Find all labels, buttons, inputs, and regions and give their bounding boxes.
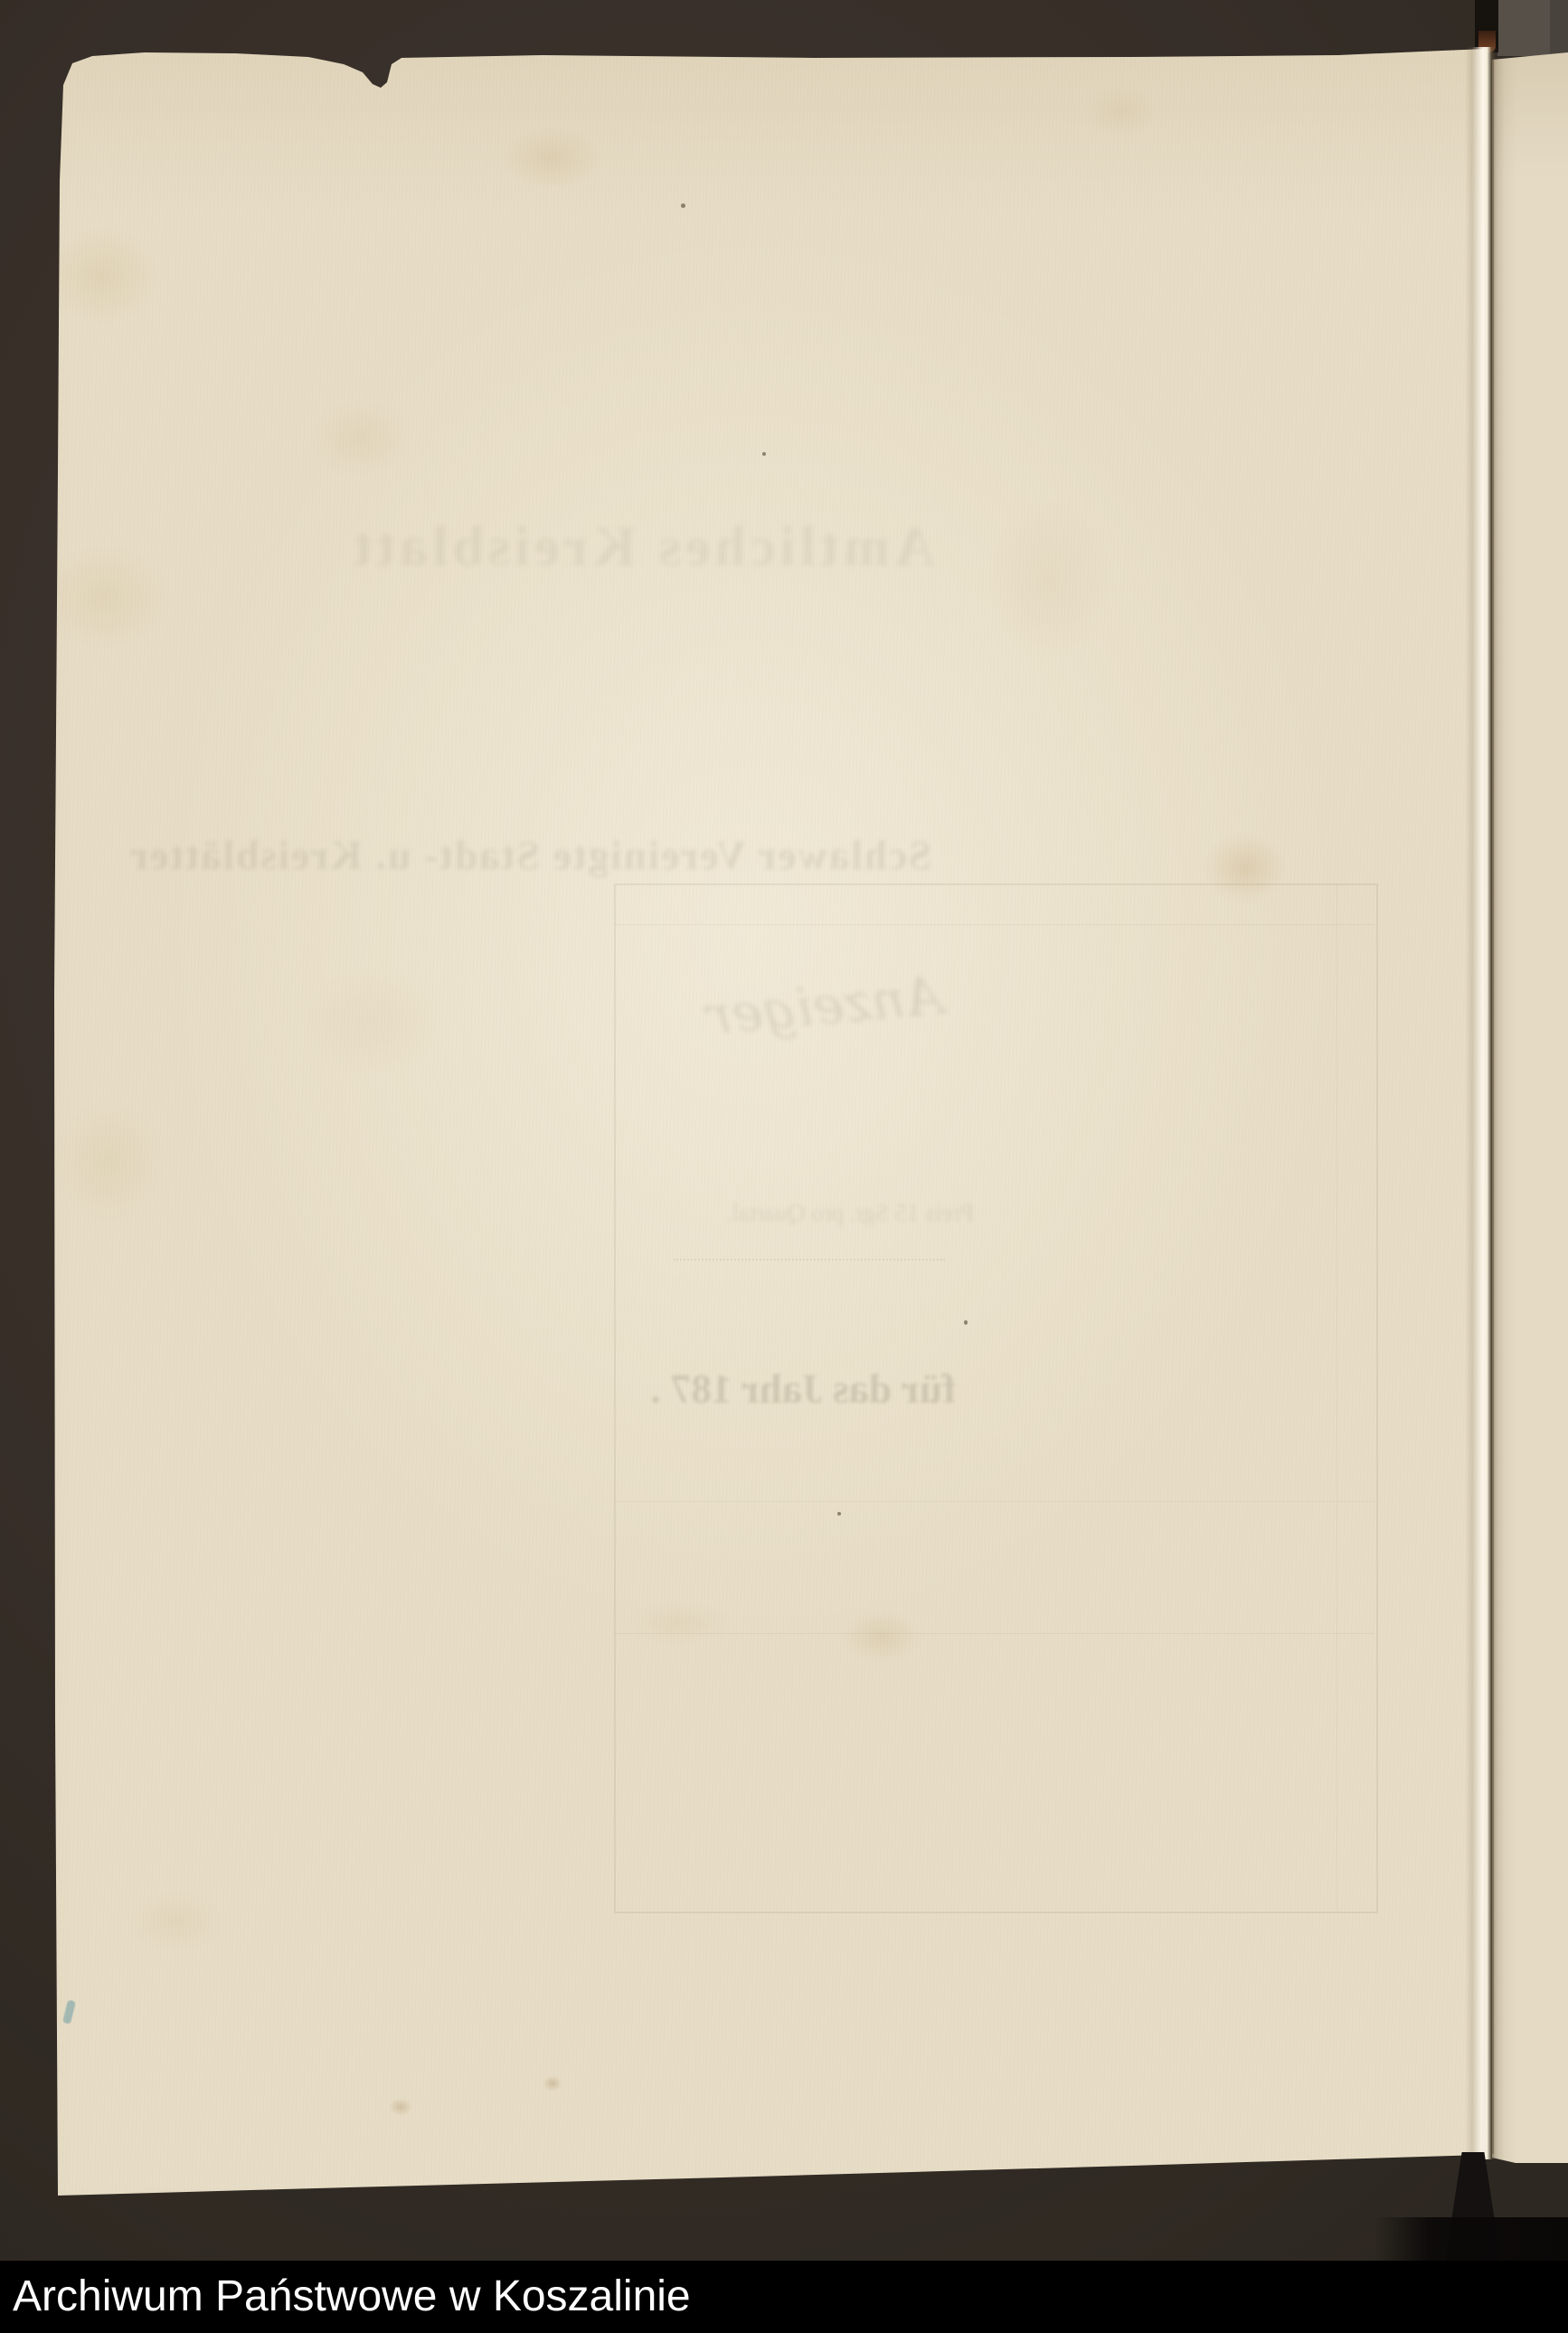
foxing-stain [986,497,1112,660]
foxing-stain [543,2075,562,2092]
paper-speck [681,203,685,208]
foxing-stain [841,1610,922,1664]
ghost-header-line: Schlawer Vereinigte Stadt- u. Kreisblätt… [217,832,931,879]
ghost-rule [614,924,1374,925]
paper-speck [837,1512,841,1516]
foxing-stain [127,1890,226,1953]
scanned-blank-page: Amtliches Kreisblatt Schlawer Vereinigte… [0,0,1568,2333]
paper-speck [964,1320,968,1325]
foxing-stain [43,226,161,326]
archival-scan-viewport: Amtliches Kreisblatt Schlawer Vereinigte… [0,0,1568,2333]
foxing-stain [502,127,601,190]
ghost-dotted-rule [674,1259,945,1261]
ghost-price-line: Preis 15 Sgr. pro Quartal. [615,1199,1085,1227]
paper-speck [762,452,766,456]
foxing-stain [307,398,416,479]
archive-name-label: Archiwum Państwowe w Koszalinie [0,2275,691,2319]
foxing-stain [1203,832,1289,904]
foxing-stain [389,2098,412,2116]
mat-lighter-corner [1497,0,1550,56]
foxing-stain [624,1601,732,1646]
ghost-column-rule [1337,883,1337,1910]
ghost-masthead-text: Amtliches Kreisblatt [244,515,1040,580]
ghost-script-word: Anzeiger [687,963,963,1048]
adjacent-page-edge [1492,52,1568,2163]
photo-bottom-edge [1374,2217,1568,2262]
foxing-stain [1085,86,1157,136]
foxing-stain [50,1099,167,1225]
ghost-year-line: für das Jahr 187 . [586,1365,1020,1412]
archive-footer-bar: Archiwum Państwowe w Koszalinie [0,2261,1568,2333]
foxing-stain [298,968,443,1076]
ghost-rule [614,1633,1374,1634]
ghost-form-border [614,883,1378,1913]
ghost-rule [614,1501,1374,1502]
blue-pencil-mark [62,1999,76,2024]
mat-corner-shade [1550,0,1568,56]
